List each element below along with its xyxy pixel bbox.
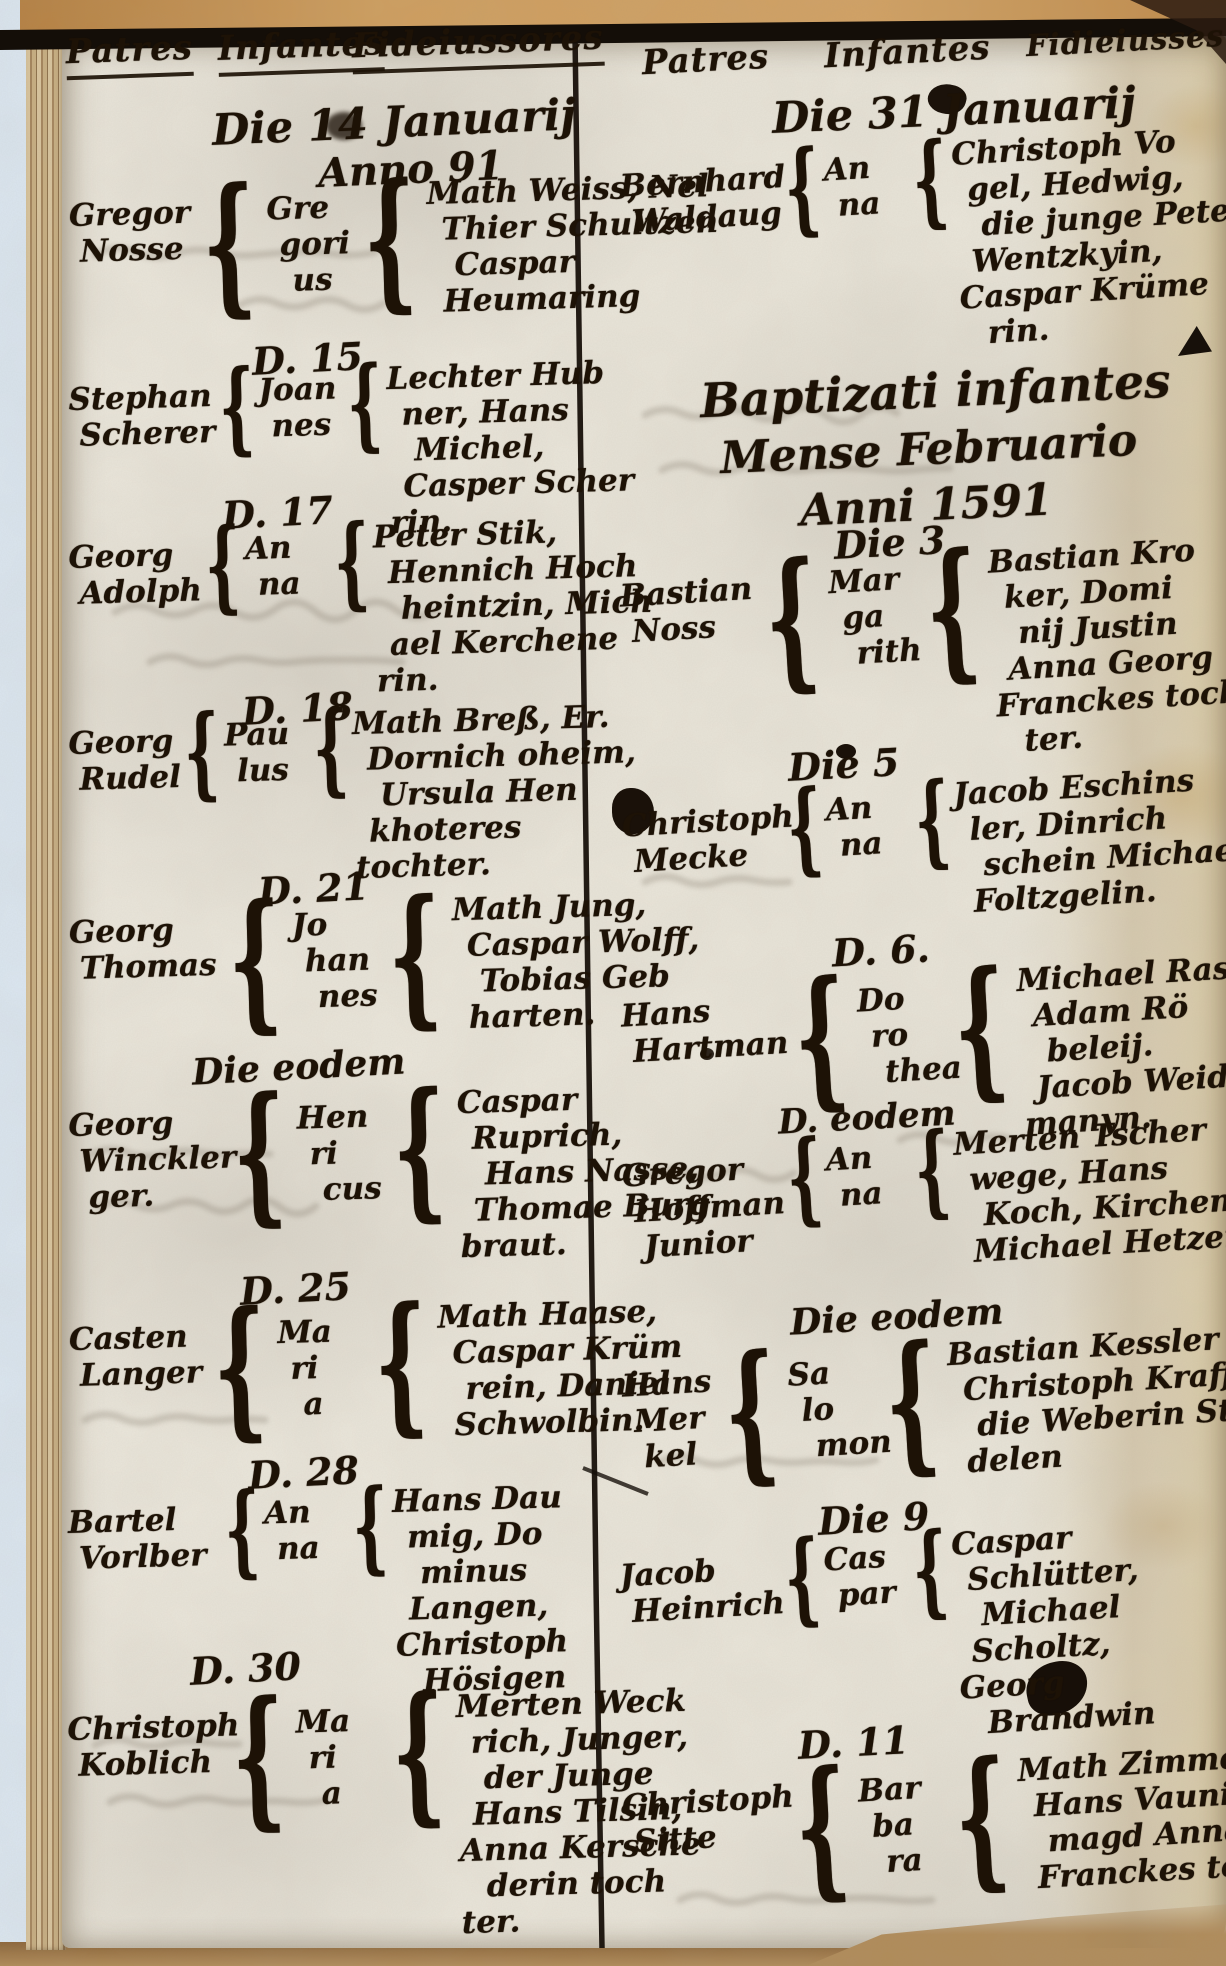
father-name-line: Christoph <box>67 1709 220 1749</box>
child-name: Paulus <box>224 716 310 790</box>
child-name-line: thea <box>884 1051 946 1090</box>
sponsor-brace-icon: { <box>951 963 1012 1093</box>
sponsor-brace-icon: { <box>372 1299 429 1428</box>
sponsor-names: CasparSchlütter,MichaelScholtz,GeorgBran… <box>950 1513 1222 1744</box>
child-bracket-group: {Salomon{ <box>709 1336 953 1477</box>
child-name: Joannes <box>258 371 344 445</box>
opening-brace-icon: { <box>762 554 823 684</box>
father-name: JacobHeinrich <box>619 1550 783 1631</box>
child-name-line: Ma <box>277 1314 362 1352</box>
child-name-line: An <box>825 788 911 829</box>
father-name-line: Koblich <box>78 1745 221 1785</box>
child-name: Anna <box>264 1494 350 1568</box>
father-name-line: Casten <box>68 1319 201 1359</box>
child-name: Caspar <box>823 1538 911 1615</box>
child-name: Barbara <box>857 1769 947 1882</box>
child-name: Anna <box>244 529 330 603</box>
child-name-line: ri <box>308 1739 381 1777</box>
father-name-line: Gregor <box>68 196 190 235</box>
right-header-patres: Patres <box>641 37 770 84</box>
father-name-line: kel <box>643 1436 716 1476</box>
opening-brace-icon: { <box>721 1347 782 1477</box>
sponsor-name-line: Langen, <box>409 1588 571 1628</box>
register-entry: CastenLanger{Maria{Math Haase,Caspar Krü… <box>68 1295 572 1455</box>
sponsor-brace-icon: { <box>312 705 350 791</box>
child-name-line: gori <box>279 226 352 264</box>
child-name-line: Ma <box>295 1703 380 1741</box>
sponsor-brace-icon: { <box>361 175 418 304</box>
sponsor-names: Jacob Eschinsler, Dinrichschein MichaelF… <box>952 761 1226 922</box>
child-bracket-group: {Caspar{ <box>778 1526 955 1621</box>
child-bracket-group: {Paulus{ <box>179 705 354 795</box>
opening-brace-icon: { <box>204 522 242 608</box>
father-name: BernhardWaldaug <box>619 160 783 241</box>
child-bracket-group: {Johannes{ <box>215 891 455 1025</box>
child-bracket-group: {Margarith{ <box>750 544 994 685</box>
sponsor-names: Math ZimmerHans Vauniersmagd Anna GeorgF… <box>1017 1734 1226 1898</box>
left-header-patres: Patres <box>65 28 194 80</box>
father-name-line: Hartman <box>632 1026 784 1071</box>
father-name-line: Mer <box>633 1400 714 1441</box>
child-name-line: Mar <box>827 561 913 602</box>
child-name-line: lo <box>801 1390 875 1430</box>
child-name: Maria <box>277 1314 364 1424</box>
child-name-line: rith <box>856 633 918 672</box>
child-bracket-group: {Anna{ <box>778 136 955 231</box>
father-name-line: Langer <box>79 1355 202 1394</box>
child-bracket-group: {Gregorius{ <box>189 175 429 309</box>
sponsor-names: Peter Stik,Hennich Hochheintzin, Michael… <box>373 513 656 700</box>
register-entry: GeorgWincklerger.{Henricus{CasparRuprich… <box>68 1081 573 1277</box>
father-name-line: Bartel <box>67 1502 220 1542</box>
child-name-line: han <box>304 942 377 980</box>
sponsor-names: Merten Tscherwege, HansKoch, KirchenMich… <box>952 1108 1226 1271</box>
sponsor-brace-icon: { <box>910 136 950 223</box>
father-name-line: Adolph <box>79 573 202 612</box>
father-name-line: Georg <box>68 912 216 952</box>
sponsor-brace-icon: { <box>392 1084 449 1213</box>
opening-brace-icon: { <box>782 1534 822 1621</box>
child-name-line: An <box>264 1494 349 1532</box>
child-bracket-group: {Anna{ <box>219 1483 394 1573</box>
father-name: HansHartman <box>620 990 784 1071</box>
sponsor-brace-icon: { <box>881 1337 942 1467</box>
child-name-line: ra <box>885 1841 947 1880</box>
child-name-line: Sa <box>787 1354 873 1395</box>
father-name-line: Nosse <box>79 232 191 271</box>
opening-brace-icon: { <box>201 180 258 309</box>
opening-brace-icon: { <box>218 364 256 450</box>
register-entry: JacobHeinrich{Caspar{CasparSchlütter,Mic… <box>618 1511 1222 1763</box>
father-name-line: Stephan <box>68 379 215 419</box>
father-name: GeorgThomas <box>68 912 217 988</box>
father-name-line: Rudel <box>79 760 181 799</box>
child-name-line: Cas <box>823 1538 909 1579</box>
register-entry: GeorgAdolph{Anna{Peter Stik,Hennich Hoch… <box>68 513 573 709</box>
child-name-line: ri <box>290 1350 363 1388</box>
child-name-line: na <box>839 1174 913 1214</box>
sponsor-brace-icon: { <box>352 1483 390 1569</box>
child-name-line: An <box>825 1138 911 1179</box>
father-name-line: Georg <box>68 537 201 577</box>
sponsor-brace-icon: { <box>333 519 371 605</box>
child-name-line: ba <box>871 1805 945 1845</box>
opening-brace-icon: { <box>784 1134 824 1221</box>
father-name: GregorHoffmanJunior <box>621 1150 787 1267</box>
father-name-line: Sitte <box>633 1816 785 1861</box>
child-name-line: us <box>292 262 353 300</box>
child-name-line: na <box>837 184 911 224</box>
child-name: Gregorius <box>266 190 353 300</box>
opening-brace-icon: { <box>791 972 852 1102</box>
child-name: Margarith <box>827 561 917 674</box>
child-name-line: ga <box>842 597 916 637</box>
manuscript-photo: Patres Infantes Fideiussores Die 14 Janu… <box>0 0 1226 1966</box>
opening-brace-icon: { <box>782 144 822 231</box>
father-name: CastenLanger <box>68 1319 202 1395</box>
register-entry: BartelVorlber{Anna{Hans Daumig, DominusL… <box>67 1478 573 1710</box>
father-name: ChristophKoblich <box>67 1709 221 1785</box>
register-entry: GeorgThomas{Johannes{Math Jung,Caspar Wo… <box>68 888 572 1048</box>
father-name: GeorgAdolph <box>68 537 202 613</box>
child-name: Dorothea <box>856 979 946 1092</box>
father-name-line: Noss <box>631 608 755 651</box>
father-name-line: Waldaug <box>631 196 783 241</box>
father-name: ChristophSitte <box>621 1780 785 1861</box>
child-name-line: cus <box>322 1171 383 1209</box>
father-name-line: Georg <box>68 1105 221 1145</box>
father-name-line: Georg <box>68 724 180 763</box>
child-name-line: Pau <box>224 716 309 754</box>
child-name-line: na <box>257 565 330 603</box>
child-name-line: nes <box>271 407 344 445</box>
register-entry: BernhardWaldaug{Anna{Christoph Vogel, He… <box>618 121 1222 373</box>
register-entry: BastianNoss{Margarith{Bastian Kroker, Do… <box>618 531 1222 783</box>
father-name: ChristophMecke <box>621 800 785 881</box>
child-name-line: Gre <box>266 190 351 228</box>
child-name: Anna <box>825 788 913 865</box>
opening-brace-icon: { <box>183 709 221 795</box>
father-name: BartelVorlber <box>67 1502 221 1578</box>
sponsor-names: Bastian Kroker, Dominij JustinAnna Georg… <box>987 531 1226 761</box>
child-name-line: Jo <box>291 906 376 944</box>
child-name-line: lus <box>237 752 310 790</box>
sponsor-brace-icon: { <box>922 545 983 675</box>
sponsor-name-line: mig, Do <box>407 1516 569 1556</box>
sponsor-name-line: Christoph <box>396 1624 572 1665</box>
child-name: Anna <box>825 1138 913 1215</box>
father-name: StephanScherer <box>68 379 216 455</box>
child-bracket-group: {Maria{ <box>200 1299 440 1433</box>
father-name: GeorgRudel <box>68 724 181 799</box>
child-name-line: ro <box>870 1015 944 1055</box>
child-name-line: a <box>303 1386 364 1424</box>
child-bracket-group: {Joannes{ <box>213 360 388 450</box>
child-name: Johannes <box>291 906 378 1016</box>
sponsor-names: Bastian KesslerChristoph Krafft,die Webe… <box>946 1320 1226 1482</box>
opening-brace-icon: { <box>226 896 283 1025</box>
father-name-line: ger. <box>88 1177 223 1217</box>
opening-brace-icon: { <box>230 1693 287 1822</box>
father-name-line: Mecke <box>633 836 785 881</box>
opening-brace-icon: { <box>231 1089 288 1218</box>
father-name: GregorNosse <box>68 196 191 271</box>
father-name: BastianNoss <box>619 572 756 652</box>
father-name-line: Heinrich <box>631 1586 783 1631</box>
child-name-line: ri <box>309 1135 382 1173</box>
child-name-line: Do <box>856 979 942 1020</box>
child-bracket-group: {Barbara{ <box>780 1752 1024 1893</box>
sponsor-brace-icon: { <box>391 1688 448 1817</box>
father-name-line: Junior <box>643 1222 787 1266</box>
left-header-fideiussores: Fideiussores <box>351 18 604 75</box>
child-bracket-group: {Anna{ <box>780 1126 957 1221</box>
opening-brace-icon: { <box>784 784 824 871</box>
child-name-line: mon <box>815 1425 877 1464</box>
child-bracket-group: {Anna{ <box>780 776 957 871</box>
child-bracket-group: {Anna{ <box>200 518 375 608</box>
father-name-line: Scherer <box>79 415 216 455</box>
sponsor-brace-icon: { <box>952 1753 1013 1883</box>
father-name: HansMerkel <box>621 1364 717 1477</box>
sponsor-name-line: minus <box>420 1552 570 1592</box>
sponsor-names: Math Breß, Er.Dornich oheim,Ursula Henkh… <box>352 699 640 887</box>
child-name-line: An <box>244 529 329 567</box>
sponsor-brace-icon: { <box>912 1126 952 1213</box>
sponsor-brace-icon: { <box>346 360 384 446</box>
child-bracket-group: {Maria{ <box>218 1688 458 1822</box>
child-bracket-group: {Dorothea{ <box>779 962 1023 1103</box>
child-name: Maria <box>295 1703 382 1813</box>
opening-brace-icon: { <box>212 1304 269 1433</box>
child-name: Anna <box>823 148 911 225</box>
child-name: Salomon <box>787 1354 877 1467</box>
child-name-line: a <box>321 1775 382 1813</box>
child-name-line: An <box>823 148 909 189</box>
child-name-line: par <box>837 1574 911 1614</box>
register-entry: GregorNosse{Gregorius{Math Weiss, NelThi… <box>68 171 572 331</box>
father-name: GeorgWincklerger. <box>68 1105 223 1217</box>
register-entry: ChristophKoblich{Maria{Merten Weckrich, … <box>67 1685 574 1953</box>
register-entry: GeorgRudel{Paulus{Math Breß, Er.Dornich … <box>68 699 573 895</box>
sponsor-names: Christoph Vogel, Hedwig,die junge PeterW… <box>950 121 1226 354</box>
sponsor-brace-icon: { <box>912 776 952 863</box>
opening-brace-icon: { <box>792 1762 853 1892</box>
child-name: Henricus <box>296 1099 383 1209</box>
father-name-line: Vorlber <box>78 1538 221 1578</box>
father-name-line: Winckler <box>79 1141 222 1181</box>
child-name-line: nes <box>317 978 378 1016</box>
child-bracket-group: {Henricus{ <box>220 1084 460 1218</box>
child-name-line: Bar <box>857 1769 943 1810</box>
sponsor-brace-icon: { <box>387 892 444 1021</box>
child-name-line: na <box>277 1530 350 1568</box>
opening-brace-icon: { <box>223 1487 261 1573</box>
child-name-line: na <box>839 824 913 864</box>
father-name-line: Thomas <box>79 948 217 988</box>
sponsor-brace-icon: { <box>910 1526 950 1613</box>
child-name-line: Hen <box>296 1099 381 1137</box>
child-name-line: Joan <box>258 371 343 409</box>
